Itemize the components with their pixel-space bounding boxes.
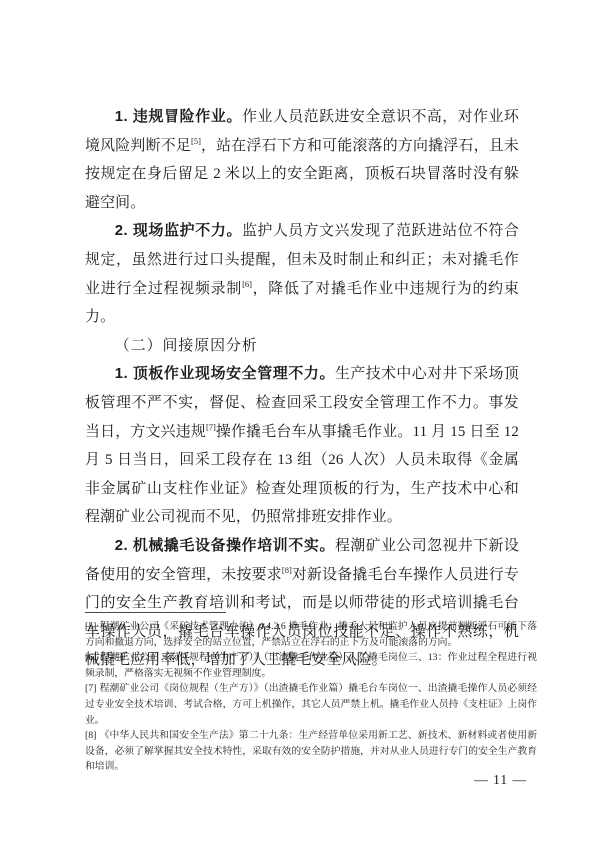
paragraph-roof-site-management: 1. 顶板作业现场安全管理不力。生产技术中心对井下采场顶板管理不严不实，督促、检… <box>85 360 519 532</box>
footnote-item-8: [8]《中华人民共和国安全生产法》第二十九条：生产经营单位采用新工艺、新技术、新… <box>85 728 537 775</box>
paragraph-lead-bold: 1. 顶板作业现场安全管理不力。 <box>115 366 335 382</box>
footnote-marker: [8] <box>85 730 96 741</box>
paragraph-violation-risky-operation: 1. 违规冒险作业。作业人员范跃进安全意识不高，对作业环境风险判断不足[5]，站… <box>85 103 519 217</box>
paragraph-onsite-supervision: 2. 现场监护不力。监护人员方文兴发现了范跃进站位不符合规定，虽然进行过口头提醒… <box>85 217 519 331</box>
footnote-marker: [6] <box>85 652 96 663</box>
footnote-ref-6: [6] <box>242 279 252 289</box>
footnote-text: 程潮矿业公司《采矿技术管理办法》4.4.2.6 撬毛作业：撬毛人员和监护人员应提… <box>85 621 537 648</box>
footnote-item-7: [7]程潮矿业公司《岗位规程（生产方）》（出渣撬毛作业篇）撬毛台车岗位一、出渣撬… <box>85 681 537 728</box>
footnote-text: 程潮矿业公司《岗位规程（生产方）》（出渣撬毛作业篇）人工撬毛岗位三、13：作业过… <box>85 652 537 679</box>
footnotes-section: [5]程潮矿业公司《采矿技术管理办法》4.4.2.6 撬毛作业：撬毛人员和监护人… <box>85 612 537 775</box>
footnote-marker: [5] <box>85 621 96 632</box>
footnote-text: 程潮矿业公司《岗位规程（生产方）》（出渣撬毛作业篇）撬毛台车岗位一、出渣撬毛操作… <box>85 683 537 725</box>
document-page: 1. 违规冒险作业。作业人员范跃进安全意识不高，对作业环境风险判断不足[5]，站… <box>0 0 600 849</box>
footnote-item-6: [6]程潮矿业公司《岗位规程（生产方）》（出渣撬毛作业篇）人工撬毛岗位三、13：… <box>85 650 537 681</box>
page-number: — 11 — <box>474 772 527 788</box>
footnote-ref-8: [8] <box>282 565 292 575</box>
footnote-ref-5: [5] <box>191 136 201 146</box>
paragraph-lead-bold: 2. 机械撬毛设备操作培训不实。 <box>115 538 335 554</box>
footnote-text: 《中华人民共和国安全生产法》第二十九条：生产经营单位采用新工艺、新技术、新材料或… <box>85 730 537 772</box>
footnote-separator-rule <box>85 612 226 613</box>
footnote-item-5: [5]程潮矿业公司《采矿技术管理办法》4.4.2.6 撬毛作业：撬毛人员和监护人… <box>85 619 537 650</box>
paragraph-lead-bold: 1. 违规冒险作业。 <box>115 109 242 125</box>
paragraph-lead-bold: 2. 现场监护不力。 <box>115 223 242 239</box>
section-heading-indirect-causes: （二）间接原因分析 <box>85 332 519 361</box>
document-body: 1. 违规冒险作业。作业人员范跃进安全意识不高，对作业环境风险判断不足[5]，站… <box>85 103 519 675</box>
footnote-marker: [7] <box>85 683 96 694</box>
footnote-ref-7: [7] <box>206 422 216 432</box>
